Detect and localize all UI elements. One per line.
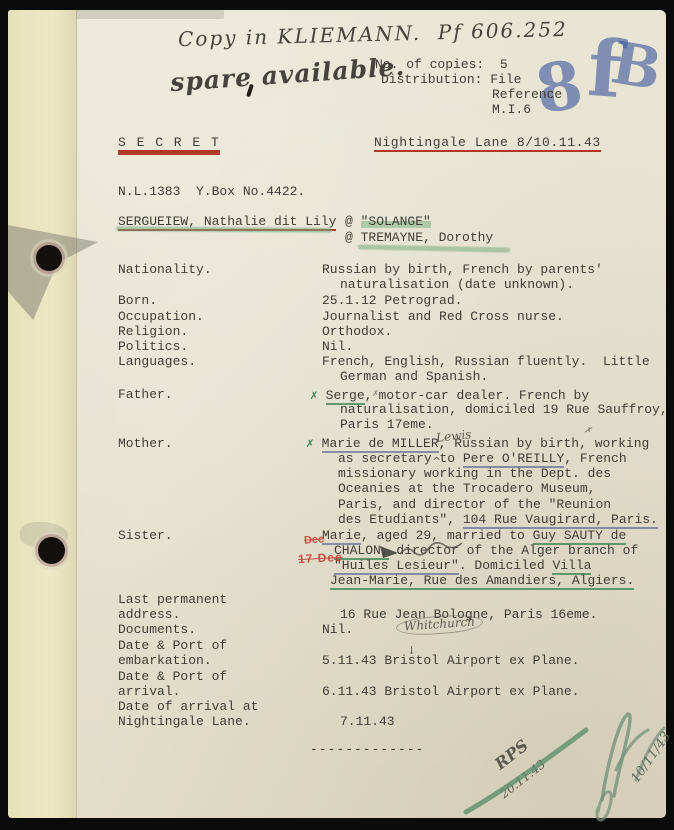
label-languages: Languages. (118, 354, 196, 369)
label-embarkation-1: Date & Port of (118, 638, 227, 653)
stray-x-mark: ✗ (583, 425, 592, 436)
dashed-rule: ------------- (310, 742, 424, 757)
handwritten-spare-note: spare available. (169, 52, 406, 97)
distribution-reference: Reference (492, 87, 562, 102)
punch-hole-top (36, 245, 62, 271)
paper-sheet: Copy in KLIEMANN. Pf 606.252 spare avail… (8, 10, 666, 818)
label-father: Father. (118, 387, 173, 402)
value-nationality-1: Russian by birth, French by parents' (322, 262, 603, 277)
value-father-1: ✗ Serge,✗motor-car dealer. French by (310, 387, 589, 403)
label-nightingale-1: Date of arrival at (118, 699, 258, 714)
label-occupation: Occupation. (118, 309, 204, 324)
label-nationality: Nationality. (118, 262, 212, 277)
value-languages-2: German and Spanish. (340, 369, 488, 384)
document-scan: Copy in KLIEMANN. Pf 606.252 spare avail… (0, 0, 674, 830)
handwritten-copy-note: Copy in KLIEMANN. Pf 606.252 (178, 17, 568, 51)
file-references: N.L.1383 Y.Box No.4422. (118, 184, 305, 199)
value-nightingale: 7.11.43 (340, 714, 395, 729)
pencil-scribble-over-director (378, 538, 478, 564)
red-stamp-line2: 17 Dec (298, 550, 343, 566)
label-arrival-1: Date & Port of (118, 669, 227, 684)
value-mother-5: Paris, and director of the "Reunion (338, 497, 611, 512)
red-stamp-line1: Dec (304, 533, 325, 546)
label-nightingale-2: Nightingale Lane. (118, 714, 251, 729)
value-mother-4: Oceanies at the Trocadero Museum, (338, 481, 595, 496)
value-father-3: Paris 17eme. (340, 417, 434, 432)
subject-alias-1: @ "SOLANGE" (345, 214, 431, 229)
value-religion: Orthodox. (322, 324, 392, 339)
label-born: Born. (118, 293, 157, 308)
punch-hole-bottom (38, 537, 65, 564)
value-embarkation: 5.11.43 Bristol Airport ex Plane. (322, 653, 579, 668)
crayon-char-3: B (606, 28, 666, 103)
value-arrival: 6.11.43 Bristol Airport ex Plane. (322, 684, 579, 699)
label-arrival-2: arrival. (118, 684, 180, 699)
value-father-2: naturalisation, domiciled 19 Rue Sauffro… (340, 402, 668, 417)
green-underline-alias2 (358, 244, 510, 252)
label-embarkation-2: embarkation. (118, 653, 212, 668)
value-mother-2: as secretary to Pere O'REILLY, French (338, 451, 627, 466)
distribution-mi6: M.I.6 (492, 102, 531, 117)
value-documents: Nil. (322, 622, 353, 637)
value-occupation: Journalist and Red Cross nurse. (322, 309, 564, 324)
embark-caret-mark: ↓ (407, 644, 416, 657)
value-born: 25.1.12 Petrograd. (322, 293, 462, 308)
signature-scrawl (588, 700, 674, 820)
green-tick-stroke (458, 720, 598, 820)
station-date: Nightingale Lane 8/10.11.43 (374, 135, 601, 150)
binding-edge-strip (8, 10, 77, 818)
distribution-line: Distribution: File (381, 72, 521, 87)
label-documents: Documents. (118, 622, 196, 637)
label-last-address-2: address. (118, 607, 180, 622)
label-last-address-1: Last permanent (118, 592, 227, 607)
insert-caret-mark: ^ (432, 455, 441, 468)
subject-alias-2: @ TREMAYNE, Dorothy (345, 230, 493, 245)
label-politics: Politics. (118, 339, 188, 354)
label-sister: Sister. (118, 528, 173, 543)
value-mother-1: ✗ Marie de MILLER, Russian by birth, wor… (306, 436, 649, 451)
value-politics: Nil. (322, 339, 353, 354)
tape-mark (76, 10, 224, 19)
copies-line: No. of copies: 5 (375, 57, 508, 72)
value-mother-6: des Etudiants", 104 Rue Vaugirard, Paris… (338, 512, 658, 527)
label-mother: Mother. (118, 436, 173, 451)
value-nationality-2: naturalisation (date unknown). (340, 277, 574, 292)
value-sister-4: Jean-Marie, Rue des Amandiers, Algiers. (330, 573, 634, 588)
green-underline-name (116, 226, 332, 233)
value-mother-3: missionary working in the Dept. des (338, 466, 611, 481)
value-languages-1: French, English, Russian fluently. Littl… (322, 354, 650, 369)
classification-secret: S E C R E T (118, 135, 220, 150)
label-religion: Religion. (118, 324, 188, 339)
